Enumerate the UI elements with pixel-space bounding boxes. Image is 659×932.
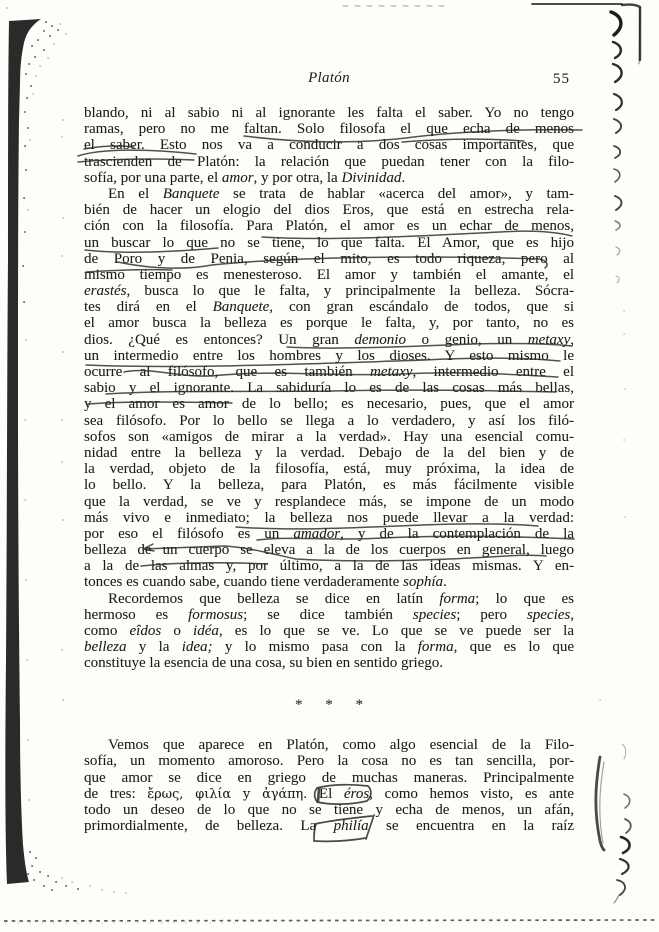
text-line: el amor busca la belleza es porque le fa… xyxy=(84,315,574,331)
text-line: lo bello. Y la belleza, para Platón, es … xyxy=(84,477,574,493)
section-upper: blando, ni al sabio ni al ignorante les … xyxy=(84,105,574,672)
text-line: belleza y la idea; y lo mismo pasa con l… xyxy=(84,639,574,655)
page-corner-line xyxy=(343,4,640,64)
text-line: sabio y el ignorante. La sabiduría lo es… xyxy=(84,380,574,396)
text-line: de tres: ἔρως, φιλία y ἀγάπη. El éros, c… xyxy=(84,786,574,802)
text-line: hermoso es formosus; se dice también spe… xyxy=(84,607,574,623)
pen-margin-stroke xyxy=(596,757,604,850)
text-line: dios. ¿Qué es entonces? Un gran demonio … xyxy=(84,332,574,348)
paragraph: En el Banquete se trata de hablar «acerc… xyxy=(84,186,574,591)
text-line: mismo tiempo es menesteroso. El amor y t… xyxy=(84,267,574,283)
text-line: de Poro y de Penia, según el mito, es to… xyxy=(84,251,574,267)
text-line: blando, ni al sabio ni al ignorante les … xyxy=(84,105,574,121)
text-line: trascienden de Platón: la relación que p… xyxy=(84,154,574,170)
text-line: ción con la filosofía. Para Platón, el a… xyxy=(84,218,574,234)
cut-dashed-line xyxy=(4,920,657,923)
text-line: que amor se dice en griego de muchas man… xyxy=(84,770,574,786)
text-line: como eîdos o idéa, es lo que se ve. Lo q… xyxy=(84,623,574,639)
text-line: constituye la esencia de una cosa, su bi… xyxy=(84,655,574,671)
text-line: Recordemos que belleza se dice en latín … xyxy=(84,591,574,607)
text-line: ramas, pero no me faltan. Solo filosofa … xyxy=(84,121,574,137)
text-line: por eso el filósofo es un amador, y de l… xyxy=(84,526,574,542)
text-line: el saber. Esto nos va a conducir a dos c… xyxy=(84,137,574,153)
text-line: nidad entre la belleza y la verdad. Deba… xyxy=(84,445,574,461)
text-line: tes dirá en el Banquete, con gran escánd… xyxy=(84,299,574,315)
section-lower: Vemos que aparece en Platón, como algo e… xyxy=(84,737,574,834)
paragraph: Vemos que aparece en Platón, como algo e… xyxy=(84,737,574,834)
body-text: blando, ni al sabio ni al ignorante les … xyxy=(84,105,574,834)
paragraph: blando, ni al sabio ni al ignorante les … xyxy=(84,105,574,186)
text-line: belleza de un cuerpo se eleva a la de lo… xyxy=(84,542,574,558)
text-line: bién de hacer un elogio del dios Eros, q… xyxy=(84,202,574,218)
scan-speckles-dark xyxy=(23,22,78,890)
text-line: En el Banquete se trata de hablar «acerc… xyxy=(84,186,574,202)
binding-curl-marks xyxy=(600,12,631,903)
text-line: Vemos que aparece en Platón, como algo e… xyxy=(84,737,574,753)
text-line: sofía, por una parte, el amor, y por otr… xyxy=(84,170,574,186)
page-number: 55 xyxy=(553,71,570,88)
text-line: un buscar lo que no se tiene, lo que fal… xyxy=(84,235,574,251)
text-line: la verdad, objeto de la filosofía, está,… xyxy=(84,461,574,477)
text-line: erastés, busca lo que le falta, y princi… xyxy=(84,283,574,299)
text-line: y el amor es amor de lo bello; es necesa… xyxy=(84,396,574,412)
text-line: sofos son «amigos de mirar a la verdad».… xyxy=(84,429,574,445)
section-separator: * * * xyxy=(84,697,574,713)
text-line: que la verdad, se ve y resplandece más, … xyxy=(84,494,574,510)
text-line: todo un deseo de lo que no se tiene y ec… xyxy=(84,802,574,818)
text-line: a la de las almas y, por último, a la de… xyxy=(84,558,574,574)
running-header-title: Platón xyxy=(84,70,574,87)
text-line: primordialmente, de belleza. La philía s… xyxy=(84,818,574,834)
text-line: un intermedio entre los hombres y los di… xyxy=(84,348,574,364)
paragraph: Recordemos que belleza se dice en latín … xyxy=(84,591,574,672)
text-line: más vivo e inmediato; la belleza nos pue… xyxy=(84,510,574,526)
text-line: ocurre al filósofo, que es también metax… xyxy=(84,364,574,380)
running-header: Platón 55 xyxy=(84,70,574,88)
text-line: sea filósofo. Por lo bello se llega a lo… xyxy=(84,413,574,429)
text-line: tonces es cuando sabe, cuando tiene verd… xyxy=(84,574,574,590)
scanned-page: Platón 55 blando, ni al sabio ni al igno… xyxy=(0,0,659,932)
text-line: sofía, un momento amoroso. Pero la cosa … xyxy=(84,753,574,769)
